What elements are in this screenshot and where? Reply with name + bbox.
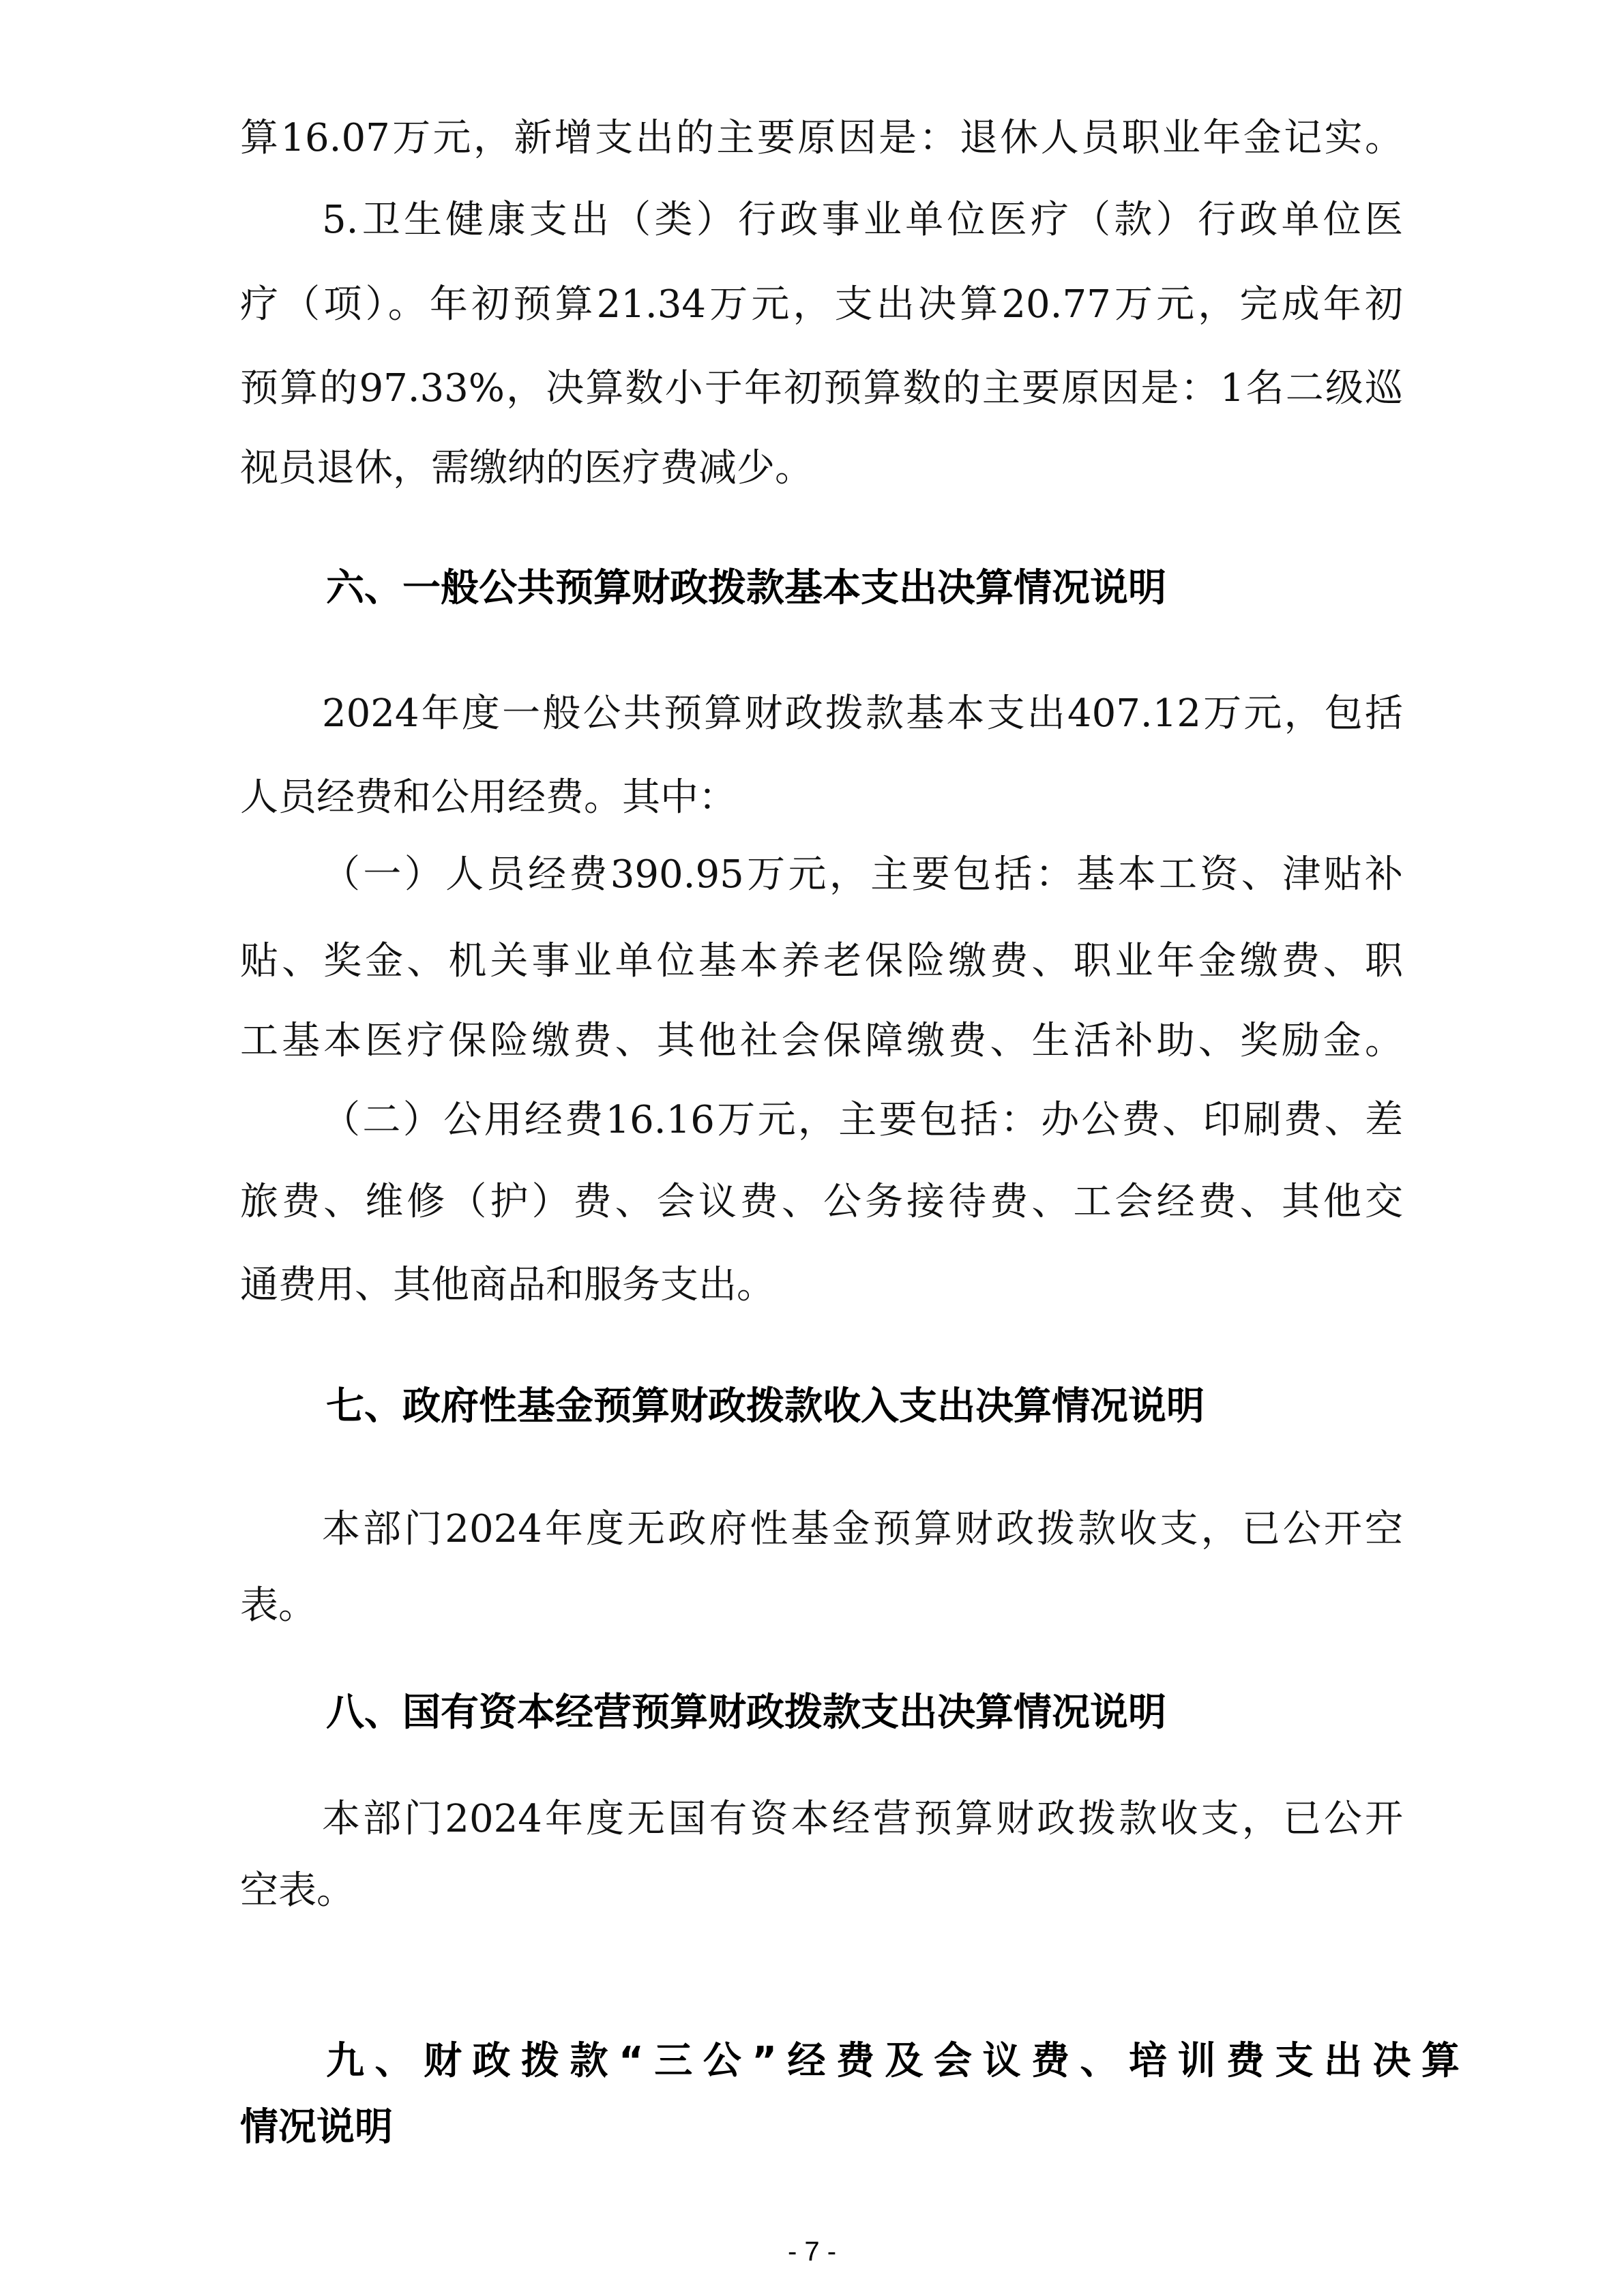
section-6-intro-line: 人员经费和公用经费。其中：	[240, 774, 1403, 822]
item-5-line: 预算的97.33%，决算数小于年初预算数的主要原因是：1名二级巡	[240, 365, 1403, 413]
section-6-intro-line: 2024年度一般公共预算财政拨款基本支出407.12万元，包括	[322, 690, 1403, 738]
item-5-line: 疗（项）。年初预算21.34万元，支出决算20.77万元，完成年初	[240, 281, 1403, 329]
public-expense-line: 旅费、维修（护）费、会议费、公务接待费、工会经费、其他交	[240, 1178, 1403, 1226]
personnel-expense-line: （一）人员经费390.95万元，主要包括：基本工资、津贴补	[322, 851, 1403, 899]
section-6-heading: 六、一般公共预算财政拨款基本支出决算情况说明	[326, 565, 1166, 612]
section-7-line: 本部门2024年度无政府性基金预算财政拨款收支，已公开空	[322, 1506, 1403, 1553]
personnel-expense-line: 贴、奖金、机关事业单位基本养老保险缴费、职业年金缴费、职	[240, 938, 1403, 985]
item-5-line: 视员退休，需缴纳的医疗费减少。	[240, 445, 1403, 492]
section-9-heading: 九、财政拨款“三公”经费及会议费、培训费支出决算	[326, 2038, 1460, 2085]
public-expense-line: 通费用、其他商品和服务支出。	[240, 1262, 1403, 1309]
section-7-heading: 七、政府性基金预算财政拨款收入支出决算情况说明	[326, 1383, 1205, 1431]
section-9-heading-continued: 情况说明	[240, 2104, 393, 2151]
document-page: 算16.07万元，新增支出的主要原因是：退休人员职业年金记实。 5.卫生健康支出…	[0, 0, 1624, 2296]
paragraph-line: 算16.07万元，新增支出的主要原因是：退休人员职业年金记实。	[240, 115, 1403, 162]
public-expense-line: （二）公用经费16.16万元，主要包括：办公费、印刷费、差	[322, 1097, 1403, 1144]
personnel-expense-line: 工基本医疗保险缴费、其他社会保障缴费、生活补助、奖励金。	[240, 1017, 1403, 1065]
section-7-line: 表。	[240, 1582, 1403, 1630]
page-number: - 7 -	[0, 2237, 1624, 2267]
item-5-line: 5.卫生健康支出（类）行政事业单位医疗（款）行政单位医	[322, 196, 1403, 244]
section-8-line: 本部门2024年度无国有资本经营预算财政拨款收支，已公开	[322, 1795, 1403, 1843]
section-8-line: 空表。	[240, 1867, 1403, 1915]
section-8-heading: 八、国有资本经营预算财政拨款支出决算情况说明	[326, 1689, 1166, 1737]
